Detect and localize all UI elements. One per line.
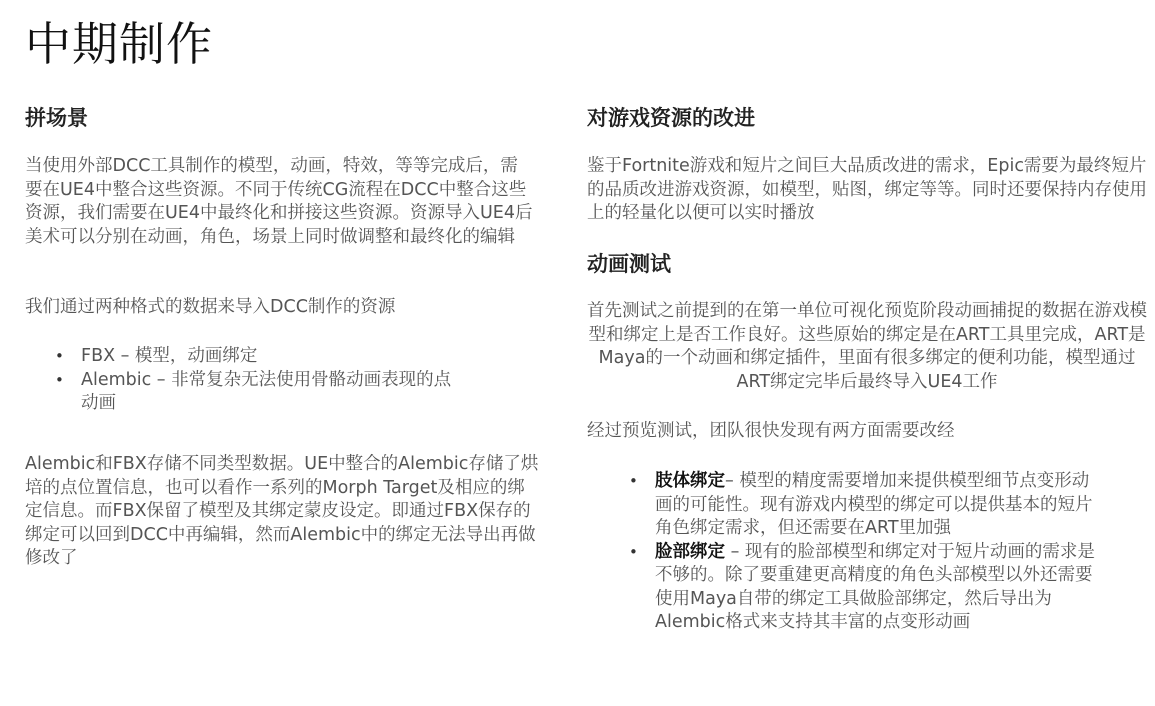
section-heading-animation-test: 动画测试 — [587, 250, 671, 278]
import-formats-list: • FBX – 模型，动画绑定 • Alembic – 非常复杂无法使用骨骼动画… — [55, 345, 465, 416]
bullet-icon: • — [629, 541, 655, 565]
game-asset-improvements-paragraph: 鉴于Fortnite游戏和短片之间巨大品质改进的需求，Epic需要为最终短片的品… — [587, 155, 1147, 226]
bullet-icon: • — [629, 470, 655, 494]
scene-assembly-paragraph: 当使用外部DCC工具制作的模型，动画，特效，等等完成后，需要在UE4中整合这些资… — [25, 155, 535, 249]
list-item-title: 肢体绑定 — [655, 471, 725, 491]
animation-test-paragraph: 首先测试之前提到的在第一单位可视化预览阶段动画捕捉的数据在游戏模型和绑定上是否工… — [587, 300, 1147, 394]
list-item-text: Alembic – 非常复杂无法使用骨骼动画表现的点动画 — [81, 370, 451, 414]
preview-test-findings: 经过预览测试，团队很快发现有两方面需要改经 — [587, 420, 1107, 444]
bullet-icon: • — [55, 369, 81, 393]
section-heading-game-asset-improvements: 对游戏资源的改进 — [587, 104, 755, 132]
list-item-body-rig: • 肢体绑定– 模型的精度需要增加来提供模型细节点变形动画的可能性。现有游戏内模… — [629, 470, 1104, 541]
section-heading-scene-assembly: 拼场景 — [25, 104, 88, 132]
list-item-alembic: • Alembic – 非常复杂无法使用骨骼动画表现的点动画 — [55, 369, 465, 416]
alembic-fbx-comparison-paragraph: Alembic和FBX存储不同类型数据。UE中整合的Alembic存储了烘培的点… — [25, 453, 540, 571]
improvement-areas-list: • 肢体绑定– 模型的精度需要增加来提供模型细节点变形动画的可能性。现有游戏内模… — [629, 470, 1104, 635]
bullet-icon: • — [55, 345, 81, 369]
list-item-fbx: • FBX – 模型，动画绑定 — [55, 345, 465, 369]
page-title: 中期制作 — [25, 14, 213, 74]
list-item-face-rig: • 脸部绑定 – 现有的脸部模型和绑定对于短片动画的需求是不够的。除了要重建更高… — [629, 541, 1104, 635]
import-formats-intro: 我们通过两种格式的数据来导入DCC制作的资源 — [25, 296, 545, 320]
list-item-title: 脸部绑定 — [655, 542, 725, 562]
list-item-text: FBX – 模型，动画绑定 — [81, 346, 257, 366]
